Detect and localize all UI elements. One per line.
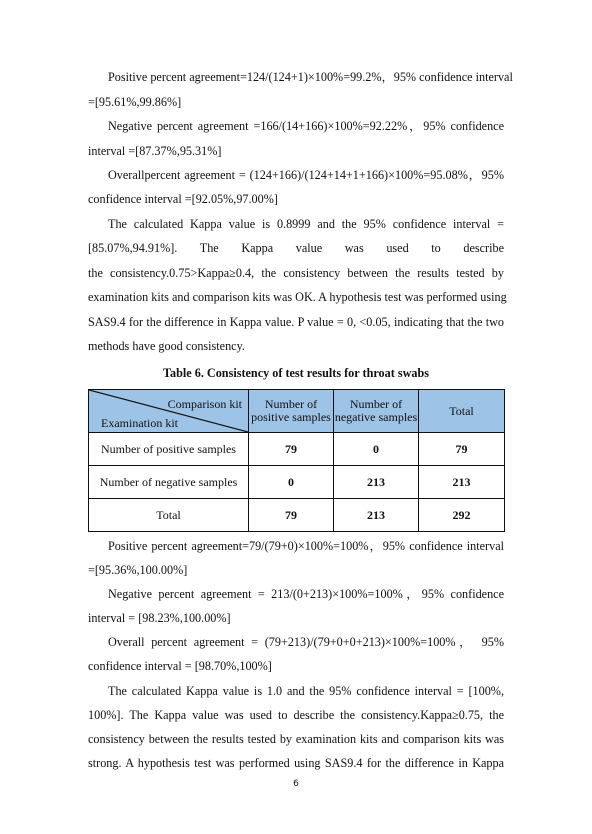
table-row: Total 79 213 292 (89, 499, 505, 532)
corner-bottom-label: Examination kit (101, 417, 178, 430)
text-line: methods have good consistency. (88, 339, 504, 353)
row-label: Total (89, 499, 249, 532)
text-line: 100%]. The Kappa value was used to descr… (88, 708, 504, 722)
text-line: interval = [98.23%,100.00%] (88, 611, 504, 625)
table-cell: 213 (334, 466, 419, 499)
text-line: confidence interval = [98.70%,100%] (88, 659, 504, 673)
text-line: confidence interval =[92.05%,97.00%] (88, 192, 504, 206)
text-line: Overallpercent agreement = (124+166)/(12… (108, 168, 504, 182)
table-cell: 0 (249, 466, 334, 499)
text-line: =[95.61%,99.86%] (88, 95, 504, 109)
header-cell: Number of positive samples (249, 390, 334, 433)
page-number: 6 (0, 779, 592, 789)
table-row: Number of negative samples 0 213 213 (89, 466, 505, 499)
header-cell: Number of negative samples (334, 390, 419, 433)
text-line: Negative percent agreement = 213/(0+213)… (108, 587, 504, 601)
table-cell: 79 (419, 433, 505, 466)
text-line: Negative percent agreement =166/(14+166)… (108, 119, 504, 133)
text-line: Overall percent agreement = (79+213)/(79… (108, 635, 504, 649)
table-cell: 292 (419, 499, 505, 532)
text-line: examination kits and comparison kits was… (88, 290, 504, 304)
text-line: strong. A hypothesis test was performed … (88, 756, 504, 770)
row-label: Number of negative samples (89, 466, 249, 499)
text-line: consistency between the results tested b… (88, 732, 504, 746)
table-row: Number of positive samples 79 0 79 (89, 433, 505, 466)
corner-top-label: Comparison kit (168, 398, 242, 411)
table-cell: 79 (249, 499, 334, 532)
text-line: SAS9.4 for the difference in Kappa value… (88, 315, 504, 329)
table-cell: 213 (334, 499, 419, 532)
table-cell: 79 (249, 433, 334, 466)
table-caption: Table 6. Consistency of test results for… (0, 366, 592, 381)
text-line: =[95.36%,100.00%] (88, 563, 504, 577)
row-label: Number of positive samples (89, 433, 249, 466)
header-cell: Total (419, 390, 505, 433)
corner-header-cell: Comparison kit Examination kit (89, 390, 249, 433)
text-line: The calculated Kappa value is 1.0 and th… (108, 684, 504, 698)
text-line: Positive percent agreement=79/(79+0)×100… (108, 539, 504, 553)
text-line: [85.07%,94.91%]. The Kappa value was use… (88, 241, 504, 255)
text-line: Positive percent agreement=124/(124+1)×1… (108, 70, 504, 84)
text-line: interval =[87.37%,95.31%] (88, 144, 504, 158)
text-line: The calculated Kappa value is 0.8999 and… (108, 217, 504, 231)
table-cell: 0 (334, 433, 419, 466)
consistency-table: Comparison kit Examination kit Number of… (88, 389, 505, 532)
text-line: the consistency.0.75>Kappa≥0.4, the cons… (88, 266, 504, 280)
table-header-row: Comparison kit Examination kit Number of… (89, 390, 505, 433)
table-cell: 213 (419, 466, 505, 499)
